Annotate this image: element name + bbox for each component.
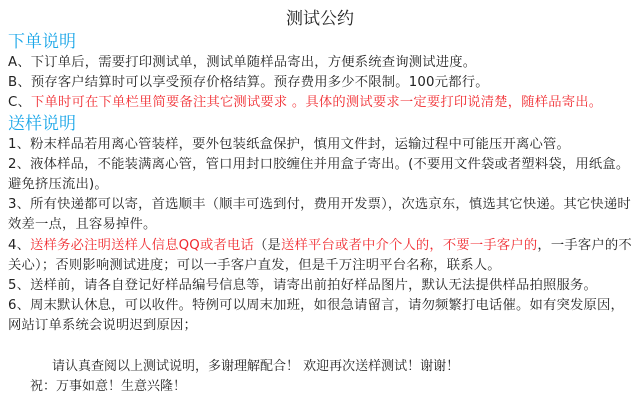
item-emphasis-text: 送样务必注明送样人信息QQ或者电话 [30,238,254,253]
section-shipping-instructions: 送样说明 1、粉末样品若用离心管装样，要外包装纸盒保护，慎用文件封，运输过程中可… [8,114,632,337]
item-emphasis-text: 下单时可在下单栏里简要备注其它测试要求 。具体的测试要求一定要打印说清楚，随样品… [31,95,602,110]
item-emphasis-text: 送样平台或者中介个人的，不要一手客户的 [281,238,537,253]
document-page: 测试公约 下单说明 A、下订单后，需要打印测试单，测试单随样品寄出，方便系统查询… [0,0,640,397]
closing-block: 请认真查阅以上测试说明，多谢理解配合！ 欢迎再次送样测试！谢谢！ 祝：万事如意！… [8,357,632,397]
item-text: 3、所有快递都可以寄，首选顺丰（顺丰可选到付，费用开发票），次选京东，慎选其它快… [8,197,631,232]
item-text: 1、粉末样品若用离心管装样，要外包装纸盒保护，慎用文件封，运输过程中可能压开离心… [8,137,570,152]
item-text: 6、周末默认休息，可以收件。特例可以周末加班，如很急请留言，请勿频繁打电话催。如… [8,298,624,333]
shipping-item-1: 1、粉末样品若用离心管装样，要外包装纸盒保护，慎用文件封，运输过程中可能压开离心… [8,135,632,155]
closing-wishes: 祝：万事如意！生意兴隆！ [8,377,632,397]
shipping-item-3: 3、所有快递都可以寄，首选顺丰（顺丰可选到付，费用开发票），次选京东，慎选其它快… [8,195,632,235]
item-text: 5、送样前，请各自登记好样品编号信息等，请寄出前拍好样品图片，默认无法提供样品拍… [8,278,597,293]
instruction-item-a: A、下订单后，需要打印测试单，测试单随样品寄出，方便系统查询测试进度。 [8,53,632,73]
shipping-item-2: 2、液体样品，不能装满离心管，管口用封口胶缠住并用盒子寄出。(不要用文件袋或者塑… [8,155,632,195]
spacer [8,337,632,357]
instruction-item-c: C、下单时可在下单栏里简要备注其它测试要求 。具体的测试要求一定要打印说清楚，随… [8,93,632,113]
section-order-instructions: 下单说明 A、下订单后，需要打印测试单，测试单随样品寄出，方便系统查询测试进度。… [8,32,632,114]
section-heading: 下单说明 [8,32,632,53]
shipping-item-4: 4、送样务必注明送样人信息QQ或者电话（是送样平台或者中介个人的，不要一手客户的… [8,236,632,276]
closing-thanks: 请认真查阅以上测试说明，多谢理解配合！ 欢迎再次送样测试！谢谢！ [8,357,632,377]
page-title: 测试公约 [8,6,632,32]
item-prefix: C、 [8,95,31,110]
shipping-item-6: 6、周末默认休息，可以收件。特例可以周末加班，如很急请留言，请勿频繁打电话催。如… [8,296,632,336]
item-prefix: 4、 [8,238,30,253]
item-text: A、下订单后，需要打印测试单，测试单随样品寄出，方便系统查询测试进度。 [8,55,476,70]
shipping-item-5: 5、送样前，请各自登记好样品编号信息等，请寄出前拍好样品图片，默认无法提供样品拍… [8,276,632,296]
item-text: （是 [254,238,281,253]
instruction-item-b: B、预存客户结算时可以享受预存价格结算。预存费用多少不限制。100元都行。 [8,73,632,93]
item-text: B、预存客户结算时可以享受预存价格结算。预存费用多少不限制。100元都行。 [8,75,489,90]
section-heading: 送样说明 [8,114,632,135]
item-text: 2、液体样品，不能装满离心管，管口用封口胶缠住并用盒子寄出。(不要用文件袋或者塑… [8,157,629,192]
